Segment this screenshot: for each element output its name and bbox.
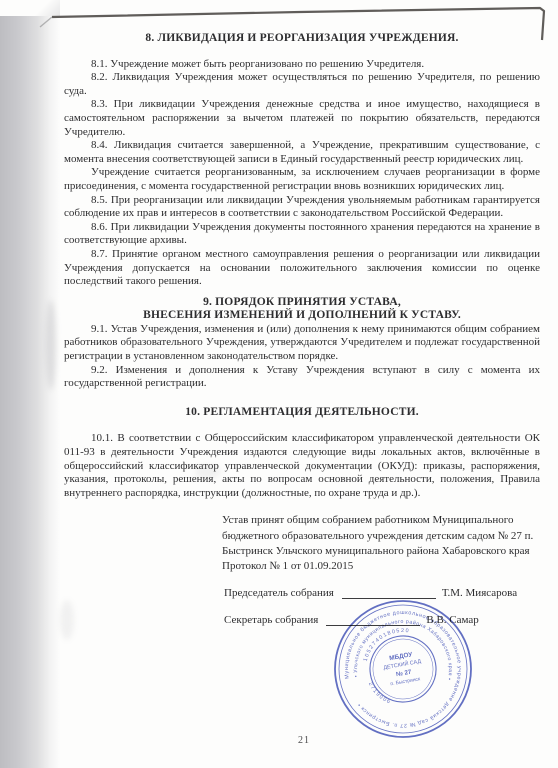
paragraph-9-2: 9.2. Изменения и дополнения к Уставу Учр… bbox=[64, 364, 540, 391]
stamp-center-line-3: № 27 bbox=[396, 669, 413, 679]
section-10-title: 10. РЕГЛАМЕНТАЦИЯ ДЕЯТЕЛЬНОСТИ. bbox=[64, 406, 540, 420]
paragraph-10-1: 10.1. В соответствии с Общероссийским кл… bbox=[64, 432, 540, 500]
page-left-shadow bbox=[0, 16, 60, 768]
adoption-block: Устав принят общим собранием работником … bbox=[222, 513, 544, 573]
adoption-text: Устав принят общим собранием работником … bbox=[222, 513, 544, 558]
paragraph-8-4-continuation: Учреждение считается реорганизованным, з… bbox=[64, 166, 540, 193]
paragraph-8-6: 8.6. При ликвидации Учреждения документы… bbox=[64, 221, 540, 248]
section-9-title-line1: 9. ПОРЯДОК ПРИНЯТИЯ УСТАВА, bbox=[64, 296, 540, 310]
official-seal-stamp: Муниципальное бюджетное дошкольное образ… bbox=[328, 594, 478, 744]
paragraph-8-3: 8.3. При ликвидации Учреждения денежные … bbox=[64, 98, 540, 139]
section-8-title: 8. ЛИКВИДАЦИЯ И РЕОРГАНИЗАЦИЯ УЧРЕЖДЕНИЯ… bbox=[64, 32, 540, 46]
scanned-document-page: 8. ЛИКВИДАЦИЯ И РЕОРГАНИЗАЦИЯ УЧРЕЖДЕНИЯ… bbox=[0, 0, 558, 768]
paragraph-8-5: 8.5. При реорганизации или ликвидации Уч… bbox=[64, 194, 540, 221]
paragraph-8-4: 8.4. Ликвидация считается завершенной, а… bbox=[64, 139, 540, 166]
page-number: 21 bbox=[284, 735, 324, 746]
paragraph-8-2: 8.2. Ликвидация Учреждения может осущест… bbox=[64, 71, 540, 98]
paragraph-9-1: 9.1. Устав Учреждения, изменения и (или)… bbox=[64, 323, 540, 364]
stamp-center-line-4: п. Быстринск bbox=[390, 676, 422, 687]
protocol-line: Протокол № 1 от 01.09.2015 bbox=[222, 559, 544, 574]
svg-text:2719006: 2719006 bbox=[367, 679, 393, 709]
section-9-title-line2: ВНЕСЕНИЯ ИЗМЕНЕНИЙ И ДОПОЛНЕНИЙ К УСТАВУ… bbox=[64, 309, 540, 323]
paragraph-8-1: 8.1. Учреждение может быть реорганизован… bbox=[64, 58, 540, 72]
stamp-inn-number: 2719006 bbox=[367, 679, 393, 709]
paragraph-8-7: 8.7. Принятие органом местного самоуправ… bbox=[64, 248, 540, 289]
secretary-role-label: Секретарь собрания bbox=[224, 613, 318, 627]
chairman-role-label: Председатель собрания bbox=[224, 586, 334, 600]
scan-smudge bbox=[46, 300, 56, 390]
document-body: 8. ЛИКВИДАЦИЯ И РЕОРГАНИЗАЦИЯ УЧРЕЖДЕНИЯ… bbox=[64, 32, 540, 627]
